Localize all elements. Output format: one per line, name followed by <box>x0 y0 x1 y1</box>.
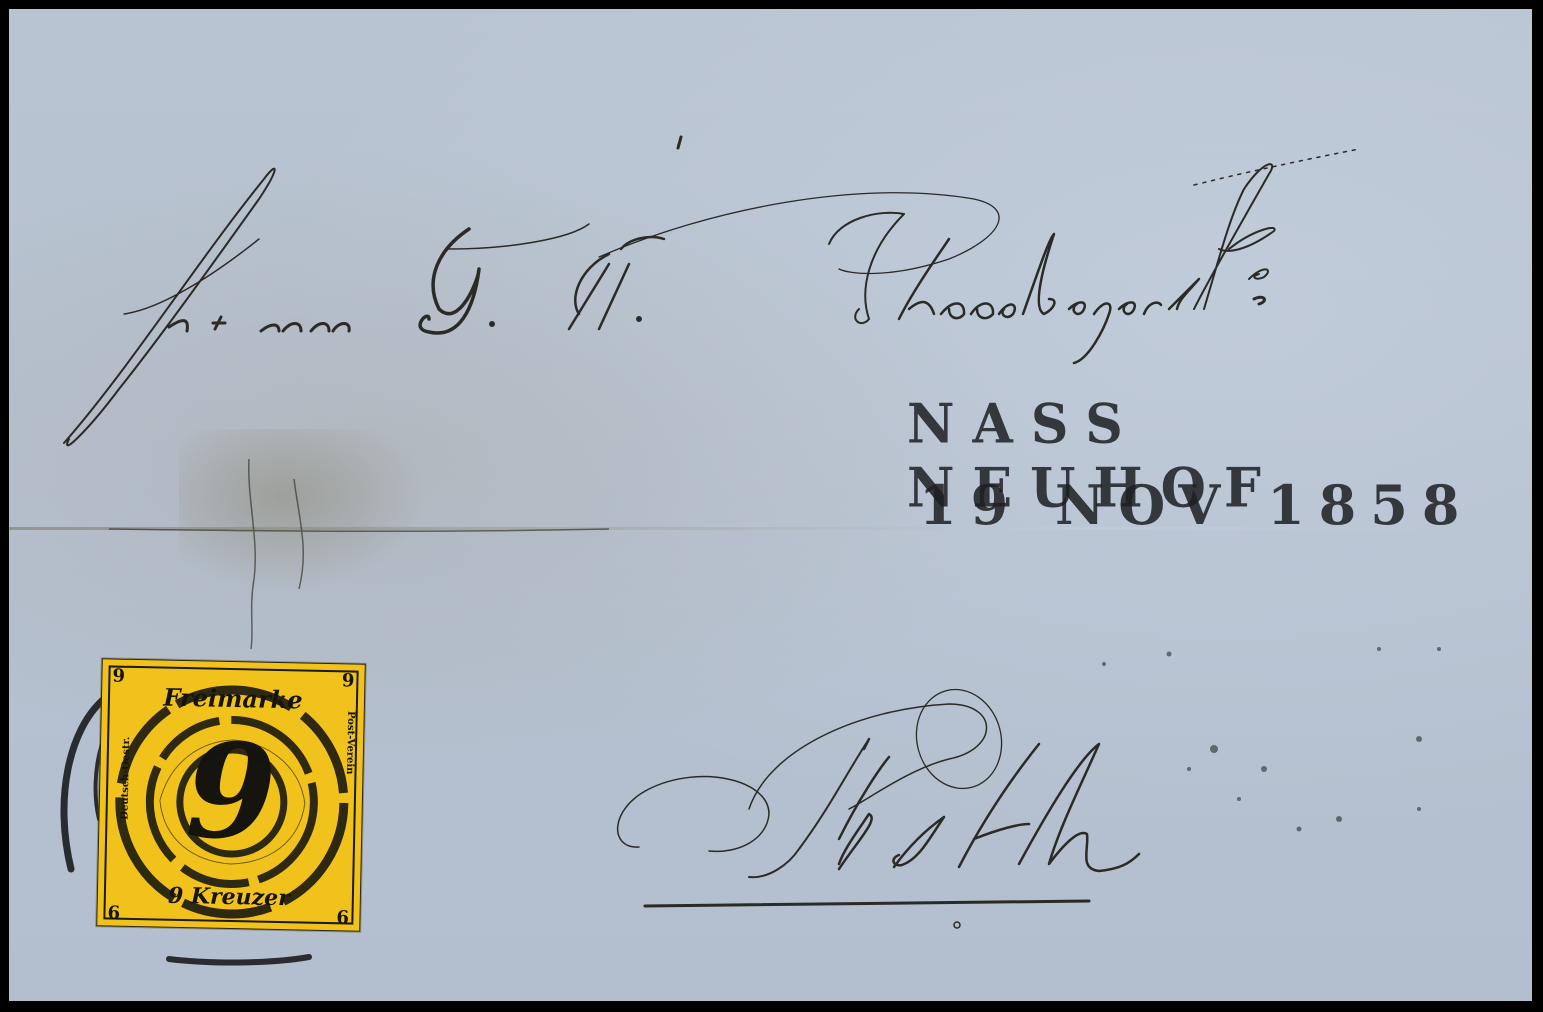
ring-cancellation <box>97 659 365 930</box>
postmark-date: 19 NOV 1858 <box>919 473 1473 537</box>
cover-paper: NASS NEUHOF 19 NOV 1858 9 9 9 9 Freimark… <box>9 9 1532 1001</box>
postage-stamp: 9 9 9 9 Freimarke 9 9 Kreuzer Deutsch-Oe… <box>96 658 366 931</box>
